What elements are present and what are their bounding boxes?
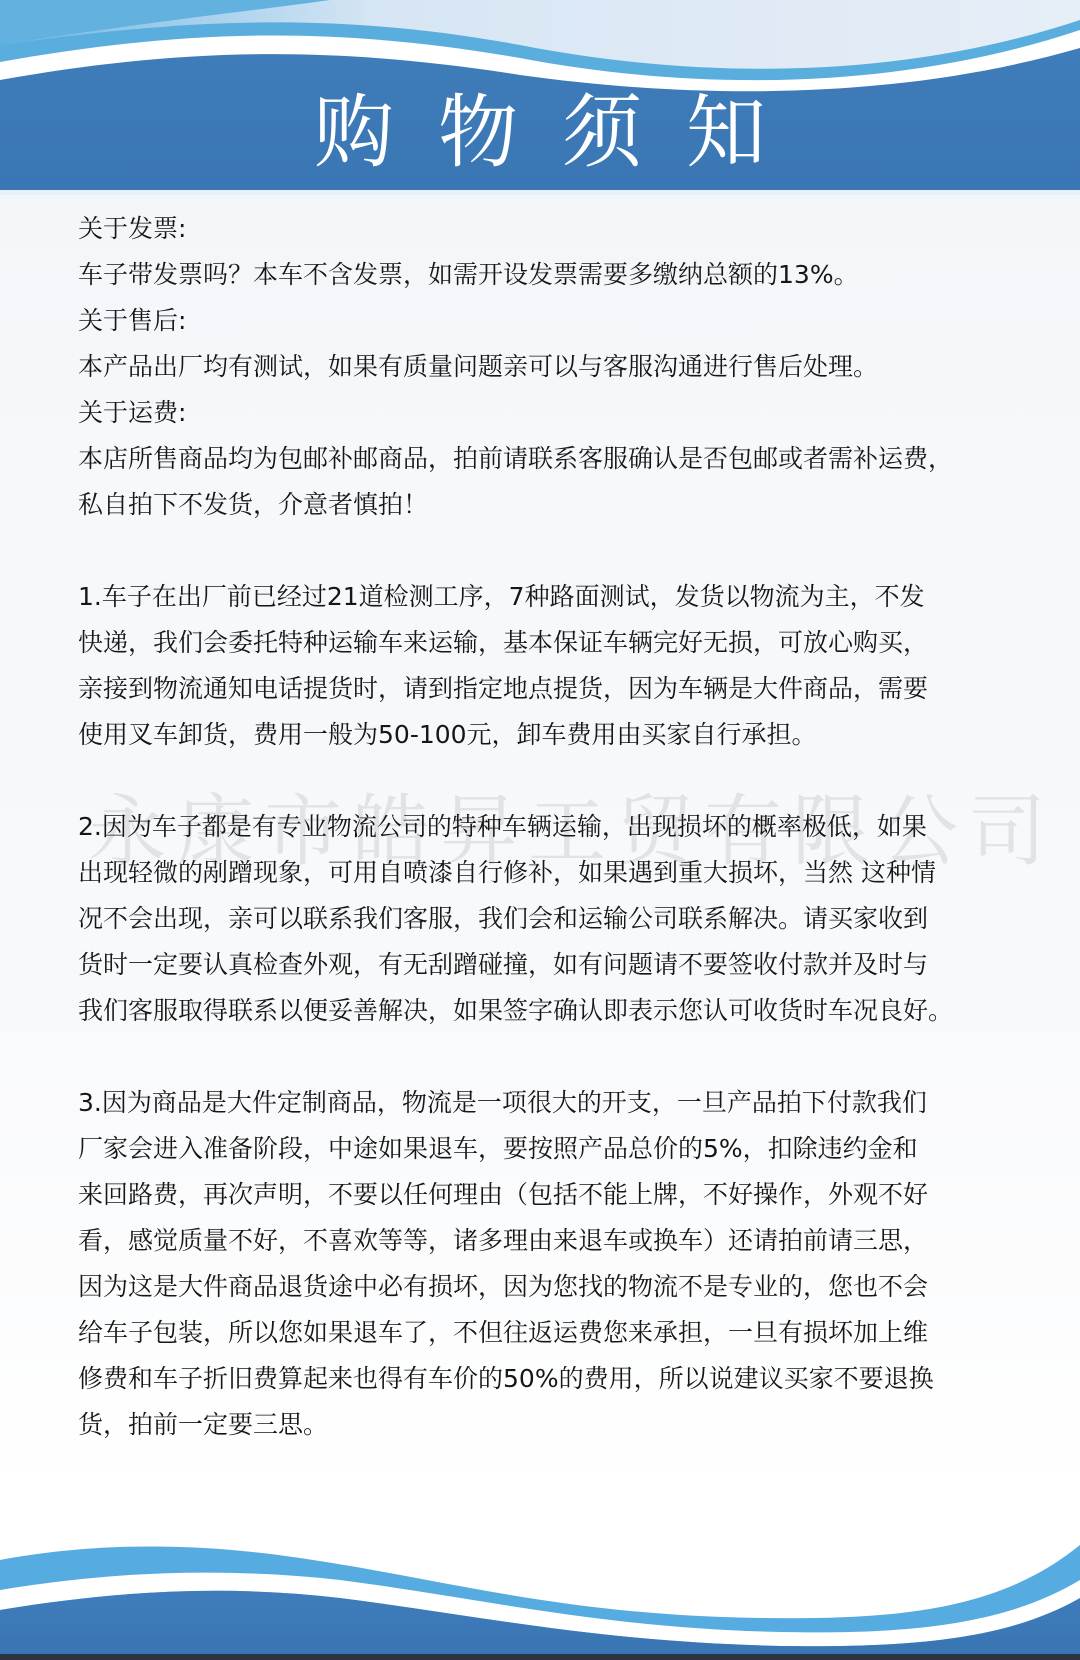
header-banner: 购物须知 bbox=[0, 0, 1080, 195]
notice-line: 出现轻微的剐蹭现象，可用自喷漆自行修补，如果遇到重大损坏，当然 这种情 bbox=[78, 850, 1078, 896]
notice-line: 快递，我们会委托特种运输车来运输，基本保证车辆完好无损，可放心购买， bbox=[78, 620, 1078, 666]
footer-wave bbox=[0, 1540, 1080, 1660]
section-invoice: 关于发票: 车子带发票吗？本车不含发票，如需开设发票需要多缴纳总额的13%。 bbox=[78, 206, 1078, 298]
spacer bbox=[78, 528, 1078, 574]
section-after-sales: 关于售后: 本产品出厂均有测试，如果有质量问题亲可以与客服沟通进行售后处理。 bbox=[78, 298, 1078, 390]
notice-1: 1.车子在出厂前已经过21道检测工序，7种路面测试，发货以物流为主，不发 快递，… bbox=[78, 574, 1078, 758]
notice-line: 因为这是大件商品退货途中必有损坏，因为您找的物流不是专业的，您也不会 bbox=[78, 1264, 1078, 1310]
notice-line: 货时一定要认真检查外观，有无刮蹭碰撞，如有问题请不要签收付款并及时与 bbox=[78, 942, 1078, 988]
section-body: 车子带发票吗？本车不含发票，如需开设发票需要多缴纳总额的13%。 bbox=[78, 252, 1078, 298]
notice-line: 来回路费，再次声明，不要以任何理由（包括不能上牌，不好操作，外观不好 bbox=[78, 1172, 1078, 1218]
section-body: 本产品出厂均有测试，如果有质量问题亲可以与客服沟通进行售后处理。 bbox=[78, 344, 1078, 390]
section-body-line: 本店所售商品均为包邮补邮商品，拍前请联系客服确认是否包邮或者需补运费， bbox=[78, 436, 1078, 482]
notice-line: 我们客服取得联系以便妥善解决，如果签字确认即表示您认可收货时车况良好。 bbox=[78, 988, 1078, 1034]
notice-line: 厂家会进入准备阶段，中途如果退车，要按照产品总价的5%，扣除违约金和 bbox=[78, 1126, 1078, 1172]
notice-line: 给车子包装，所以您如果退车了，不但往返运费您来承担，一旦有损坏加上维 bbox=[78, 1310, 1078, 1356]
notice-line: 货，拍前一定要三思。 bbox=[78, 1402, 1078, 1448]
spacer bbox=[78, 1034, 1078, 1080]
notice-line: 使用叉车卸货，费用一般为50-100元，卸车费用由买家自行承担。 bbox=[78, 712, 1078, 758]
section-heading: 关于售后: bbox=[78, 298, 1078, 344]
spacer bbox=[78, 758, 1078, 804]
page-title: 购物须知 bbox=[0, 88, 1080, 178]
section-body-line: 私自拍下不发货，介意者慎拍！ bbox=[78, 482, 1078, 528]
notice-line: 亲接到物流通知电话提货时，请到指定地点提货，因为车辆是大件商品，需要 bbox=[78, 666, 1078, 712]
section-heading: 关于发票: bbox=[78, 206, 1078, 252]
notice-line: 况不会出现，亲可以联系我们客服，我们会和运输公司联系解决。请买家收到 bbox=[78, 896, 1078, 942]
notice-line: 修费和车子折旧费算起来也得有车价的50%的费用，所以说建议买家不要退换 bbox=[78, 1356, 1078, 1402]
footer-wave-graphic bbox=[0, 1540, 1080, 1660]
notice-line: 1.车子在出厂前已经过21道检测工序，7种路面测试，发货以物流为主，不发 bbox=[78, 574, 1078, 620]
section-shipping: 关于运费: 本店所售商品均为包邮补邮商品，拍前请联系客服确认是否包邮或者需补运费… bbox=[78, 390, 1078, 528]
bottom-strip bbox=[0, 1654, 1080, 1660]
notice-line: 2.因为车子都是有专业物流公司的特种车辆运输，出现损坏的概率极低，如果 bbox=[78, 804, 1078, 850]
shopping-notice-content: 关于发票: 车子带发票吗？本车不含发票，如需开设发票需要多缴纳总额的13%。 关… bbox=[78, 206, 1078, 1448]
notice-2: 2.因为车子都是有专业物流公司的特种车辆运输，出现损坏的概率极低，如果 出现轻微… bbox=[78, 804, 1078, 1034]
notice-3: 3.因为商品是大件定制商品，物流是一项很大的开支，一旦产品拍下付款我们 厂家会进… bbox=[78, 1080, 1078, 1448]
section-heading: 关于运费: bbox=[78, 390, 1078, 436]
notice-line: 看，感觉质量不好，不喜欢等等，诸多理由来退车或换车）还请拍前请三思， bbox=[78, 1218, 1078, 1264]
notice-line: 3.因为商品是大件定制商品，物流是一项很大的开支，一旦产品拍下付款我们 bbox=[78, 1080, 1078, 1126]
